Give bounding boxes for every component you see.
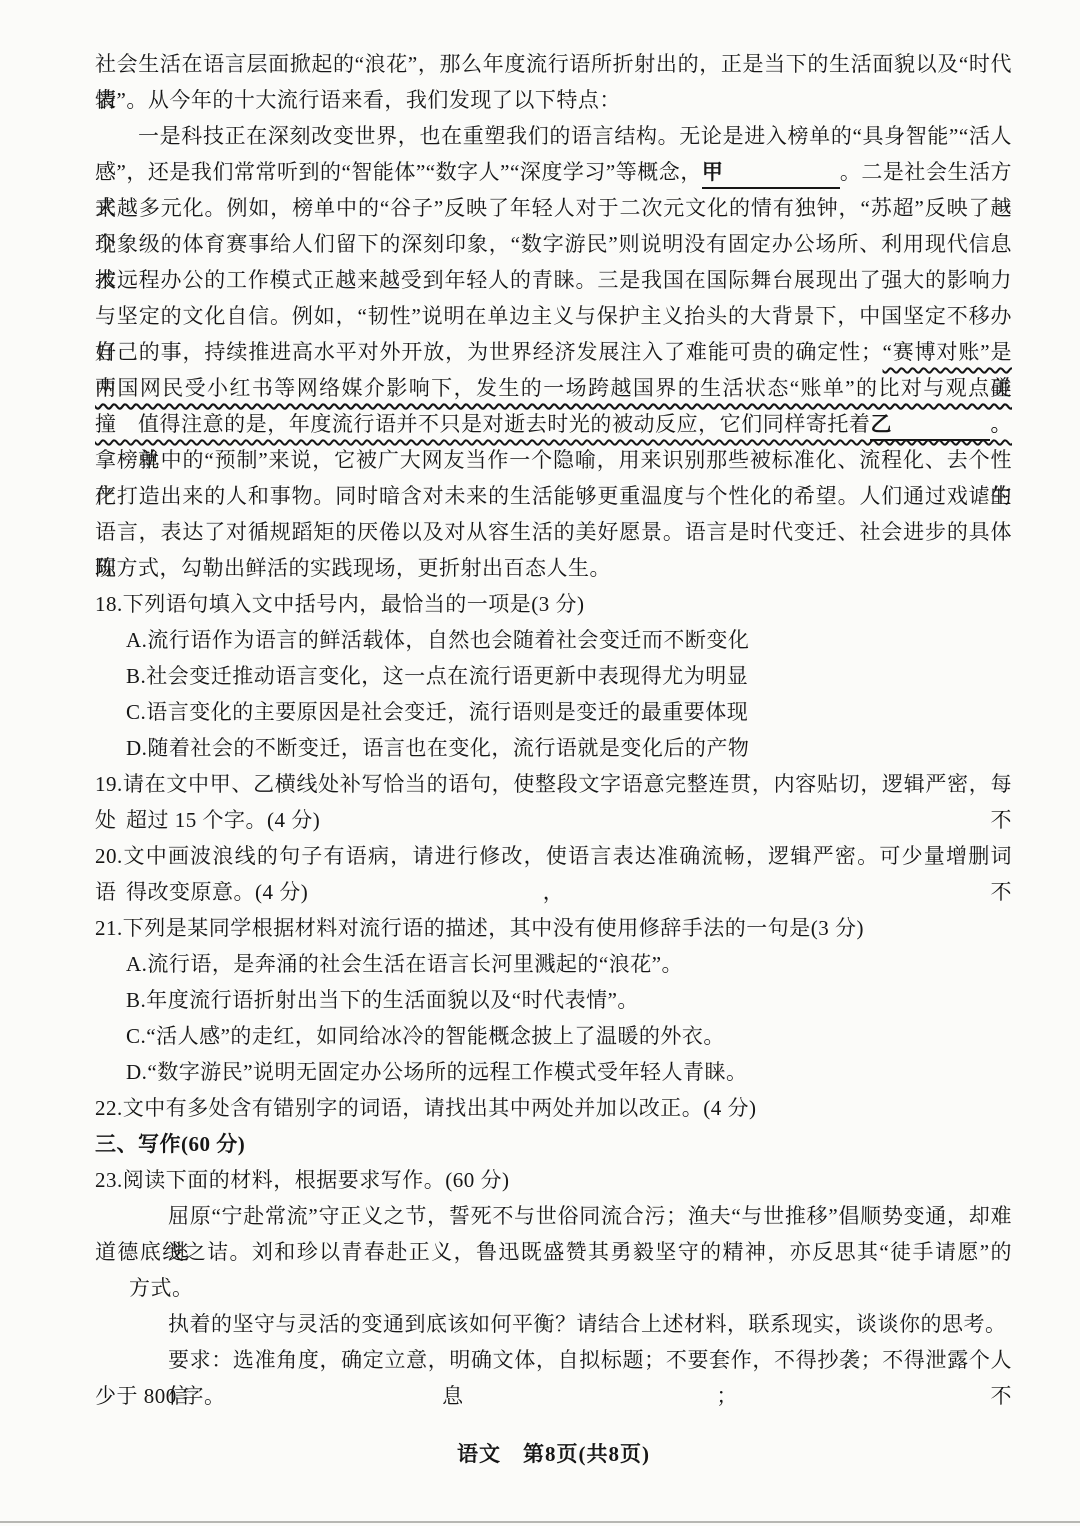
blank-jia: 甲 — [702, 157, 840, 189]
passage-line-7: 术远程办公的工作模式正越来越受到年轻人的青睐。三是我国在国际舞台展现出了强大的影… — [95, 262, 1012, 298]
passage-line-12: 拿榜单中的“预制”来说，它被广大网友当作一个隐喻，用来识别那些被标准化、流程化、… — [95, 442, 1012, 478]
passage-line-2: 情”。从今年的十大流行语来看，我们发现了以下特点： — [95, 82, 1012, 118]
section-3-heading: 三、写作(60 分) — [95, 1126, 1012, 1162]
question-21-stem: 21.下列是某同学根据材料对流行语的描述，其中没有使用修辞手法的一句是(3 分) — [95, 910, 1012, 946]
passage-line-6: 现象级的体育赛事给人们留下的深刻印象，“数字游民”则说明没有固定办公场所、利用现… — [95, 226, 1012, 262]
exam-page: 社会生活在语言层面掀起的“浪花”，那么年度流行语所折射出的，正是当下的生活面貌以… — [0, 0, 1080, 1526]
question-22-stem: 22.文中有多处含有错别字的词语，请找出其中两处并加以改正。(4 分) — [95, 1090, 1012, 1126]
passage-line-11-text: 值得注意的是，年度流行语并不只是对逝去时光的被动反应，它们同样寄托着 — [138, 412, 870, 436]
question-21-option-a: A.流行语，是奔涌的社会生活在语言长河里溅起的“浪花”。 — [95, 946, 1012, 982]
question-21-option-b: B.年度流行语折射出当下的生活面貌以及“时代表情”。 — [95, 982, 1012, 1018]
passage-line-11: 值得注意的是，年度流行语并不只是对逝去时光的被动反应，它们同样寄托着乙。就 — [95, 406, 1012, 442]
passage-line-9: 自己的事，持续推进高水平对外开放，为世界经济发展注入了难能可贵的确定性；“赛博对… — [95, 334, 1012, 370]
passage-line-3: 一是科技正在深刻改变世界，也在重塑我们的语言结构。无论是进入榜单的“具身智能”“… — [95, 118, 1012, 154]
blank-yi: 乙 — [870, 409, 990, 441]
passage-line-4: 感”，还是我们常常听到的“智能体”“数字人”“深度学习”等概念，甲。二是社会生活… — [95, 154, 1012, 190]
page-footer: 语文 第8页(共8页) — [95, 1436, 1012, 1472]
question-21-option-c: C.“活人感”的走红，如同给冰冷的智能概念披上了温暖的外衣。 — [95, 1018, 1012, 1054]
passage-line-9-text: 自己的事，持续推进高水平对外开放，为世界经济发展注入了难能可贵的确定性； — [95, 340, 883, 364]
scan-edge-line — [0, 1521, 1080, 1523]
question-18-option-d: D.随着社会的不断变迁，语言也在变化，流行语就是变化后的产物 — [95, 730, 1012, 766]
question-23-prompt: 执着的坚守与灵活的变通到底该如何平衡？请结合上述材料，联系现实，谈谈你的思考。 — [95, 1306, 1012, 1342]
question-18-stem: 18.下列语句填入文中括号内，最恰当的一项是(3 分) — [95, 586, 1012, 622]
question-18-option-a: A.流行语作为语言的鲜活载体，自然也会随着社会变迁而不断变化 — [95, 622, 1012, 658]
question-23-material-line-3: 方式。 — [95, 1270, 1012, 1306]
passage-line-14: 语言，表达了对循规蹈矩的厌倦以及对从容生活的美好愿景。语言是时代变迁、社会进步的… — [95, 514, 1012, 550]
passage-line-15: 现方式，勾勒出鲜活的实践现场，更折射出百态人生。 — [95, 550, 1012, 586]
question-18-option-b: B.社会变迁推动语言变化，这一点在流行语更新中表现得尤为明显 — [95, 658, 1012, 694]
question-18-option-c: C.语言变化的主要原因是社会变迁，流行语则是变迁的最重要体现 — [95, 694, 1012, 730]
question-19-line-1: 19.请在文中甲、乙横线处补写恰当的语句，使整段文字语意完整连贯，内容贴切，逻辑… — [95, 766, 1012, 802]
passage-line-8: 与坚定的文化自信。例如，“韧性”说明在单边主义与保护主义抬头的大背景下，中国坚定… — [95, 298, 1012, 334]
question-20-line-1: 20.文中画波浪线的句子有语病，请进行修改，使语言表达准确流畅，逻辑严密。可少量… — [95, 838, 1012, 874]
passage-line-10: 两国网民受小红书等网络媒介影响下，发生的一场跨越国界的生活状态“账单”的比对与观… — [95, 370, 1012, 406]
passage-line-1: 社会生活在语言层面掀起的“浪花”，那么年度流行语所折射出的，正是当下的生活面貌以… — [95, 46, 1012, 82]
question-23-requirements-line-1: 要求：选准角度，确定立意，明确文体，自拟标题；不要套作，不得抄袭；不得泄露个人信… — [95, 1342, 1012, 1378]
question-23-material-line-2: 道德底线之诘。刘和珍以青春赴正义，鲁迅既盛赞其勇毅坚守的精神，亦反思其“徒手请愿… — [95, 1234, 1012, 1270]
question-23-stem: 23.阅读下面的材料，根据要求写作。(60 分) — [95, 1162, 1012, 1198]
question-23-material-line-1: 屈原“宁赴常流”守正义之节，誓死不与世俗同流合污；渔夫“与世推移”倡顺势变通，却… — [95, 1198, 1012, 1234]
passage-line-5: 来越多元化。例如，榜单中的“谷子”反映了年轻人对于二次元文化的情有独钟，“苏超”… — [95, 190, 1012, 226]
question-21-option-d: D.“数字游民”说明无固定办公场所的远程工作模式受年轻人青睐。 — [95, 1054, 1012, 1090]
passage-line-13: 产打造出来的人和事物。同时暗含对未来的生活能够更重温度与个性化的希望。人们通过戏… — [95, 478, 1012, 514]
passage-line-4-text: 感”，还是我们常常听到的“智能体”“数字人”“深度学习”等概念， — [95, 160, 702, 184]
